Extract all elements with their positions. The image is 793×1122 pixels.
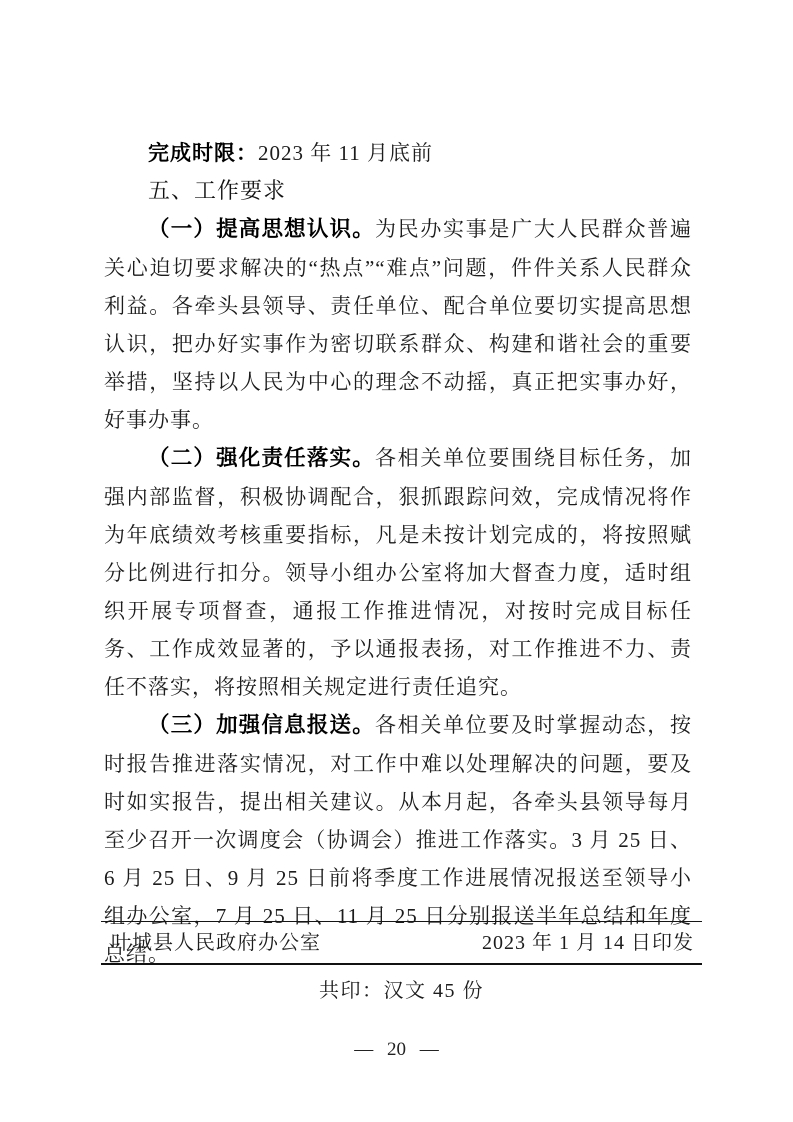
paragraph-1-lead: （一）提高思想认识。 xyxy=(148,217,375,242)
page-number: — 20 — xyxy=(0,1038,793,1062)
paragraph-2-lead: （二）强化责任落实。 xyxy=(148,446,375,471)
deadline-line: 完成时限：2023 年 11 月底前 xyxy=(104,134,692,172)
paragraph-2: （二）强化责任落实。各相关单位要围绕目标任务，加强内部监督，积极协调配合，狠抓跟… xyxy=(104,439,692,706)
paragraph-3-lead: （三）加强信息报送。 xyxy=(148,713,375,738)
document-page: 完成时限：2023 年 11 月底前 五、工作要求 （一）提高思想认识。为民办实… xyxy=(0,0,793,1122)
section-heading: 五、工作要求 xyxy=(104,172,692,210)
deadline-label: 完成时限： xyxy=(148,141,258,165)
deadline-value: 2023 年 11 月底前 xyxy=(258,141,433,165)
copies-line: 共印：汉文 45 份 xyxy=(101,974,702,1003)
paragraph-1-text: 为民办实事是广大人民群众普遍关心迫切要求解决的“热点”“难点”问题，件件关系人民… xyxy=(104,217,692,432)
print-date: 2023 年 1 月 14 日印发 xyxy=(482,930,694,956)
colophon: 叶城县人民政府办公室 2023 年 1 月 14 日印发 共印：汉文 45 份 xyxy=(101,921,702,1003)
document-body: 完成时限：2023 年 11 月底前 五、工作要求 （一）提高思想认识。为民办实… xyxy=(104,134,692,973)
issuing-office: 叶城县人民政府办公室 xyxy=(111,930,321,956)
paragraph-2-text: 各相关单位要围绕目标任务，加强内部监督，积极协调配合，狠抓跟踪问效，完成情况将作… xyxy=(104,446,692,699)
paragraph-1: （一）提高思想认识。为民办实事是广大人民群众普遍关心迫切要求解决的“热点”“难点… xyxy=(104,210,692,439)
colophon-row: 叶城县人民政府办公室 2023 年 1 月 14 日印发 xyxy=(101,921,702,965)
